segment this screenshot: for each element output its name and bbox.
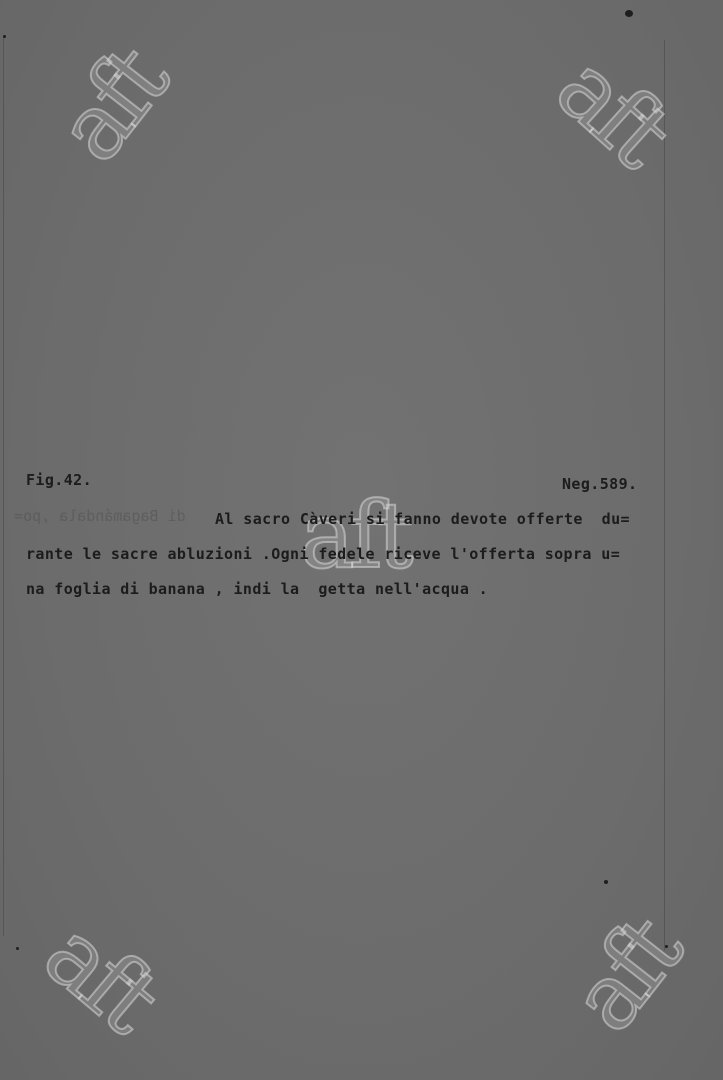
scanned-document-page: aft aft aft aft aft di Bagamándala ,po= … — [0, 0, 723, 1080]
watermark-top-left: aft — [42, 35, 181, 177]
caption-line-1: Al sacro Càveri si fanno devote offerte … — [215, 510, 630, 528]
dust-speck — [604, 880, 608, 884]
dust-speck — [3, 35, 6, 38]
watermark-top-right: aft — [541, 40, 683, 181]
figure-label: Fig.42. — [26, 471, 92, 489]
caption-line-3: na foglia di banana , indi la getta nell… — [26, 580, 488, 598]
dust-speck — [625, 10, 633, 17]
watermark-bottom-right: aft — [556, 905, 695, 1047]
negative-label: Neg.589. — [562, 475, 637, 493]
caption-line-2: rante le sacre abluzioni .Ogni fedele ri… — [26, 545, 620, 563]
left-edge-line — [3, 36, 4, 936]
watermark-bottom-left: aft — [29, 906, 171, 1046]
watermark-center: aft — [300, 490, 408, 582]
dust-speck — [16, 947, 19, 950]
bleed-through-text: di Bagamándala ,po= — [14, 507, 186, 525]
right-edge-line — [664, 40, 665, 950]
